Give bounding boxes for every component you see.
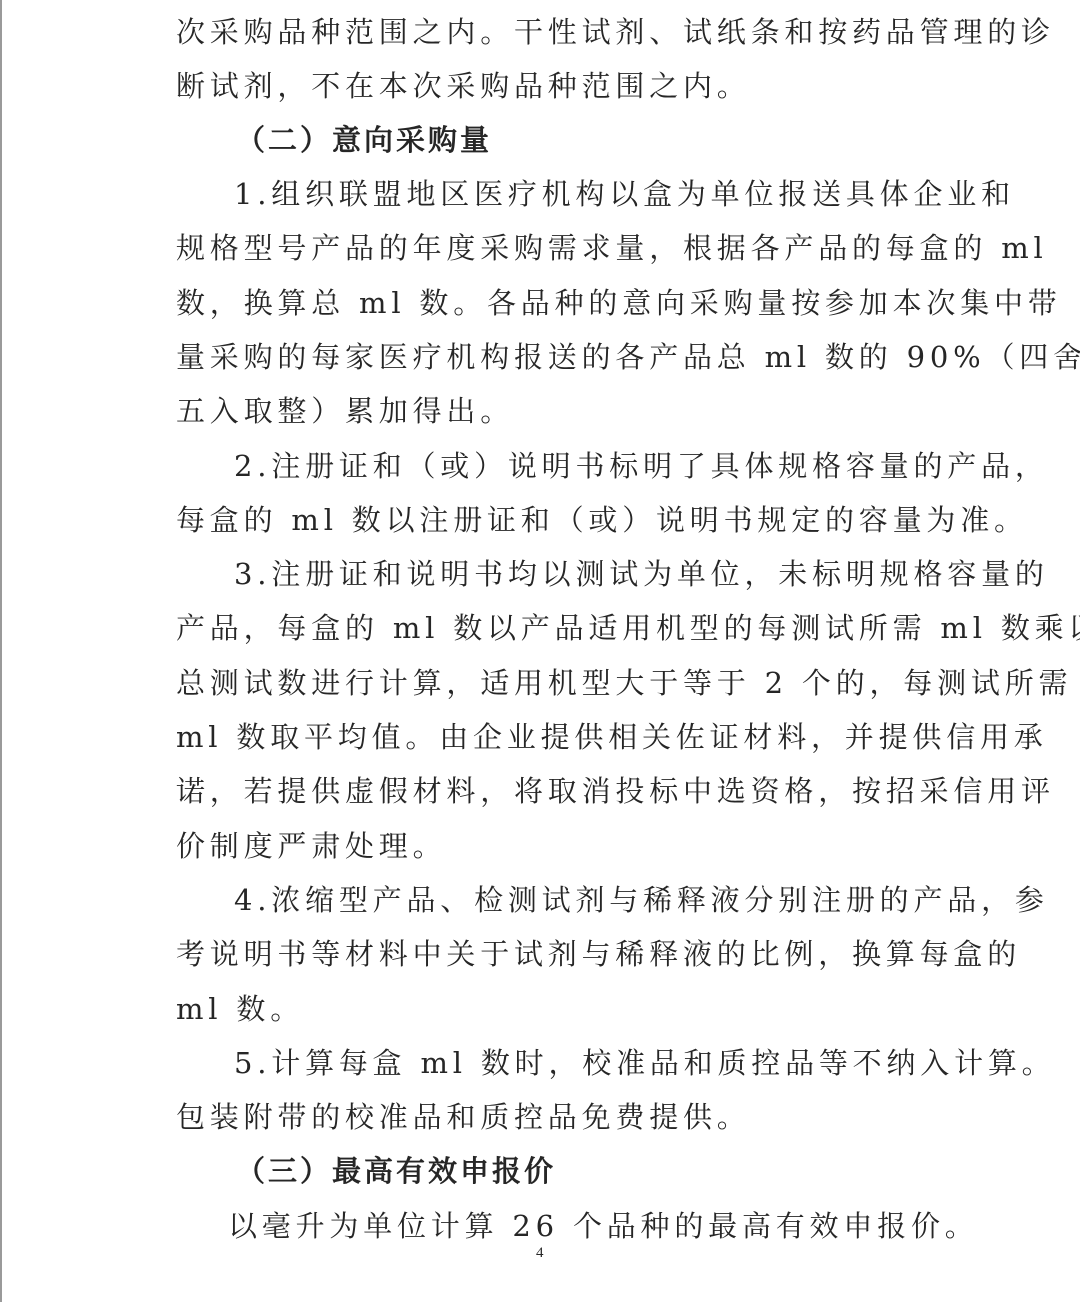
text-line: 1.组织联盟地区医疗机构以盒为单位报送具体企业和 [234, 174, 1015, 214]
text-line: 考说明书等材料中关于试剂与稀释液的比例，换算每盒的 [176, 934, 1021, 974]
text-line: ml 数。 [176, 989, 304, 1029]
text-line: 价制度严肃处理。 [176, 826, 446, 866]
text-line: 3.注册证和说明书均以测试为单位，未标明规格容量的 [234, 554, 1049, 594]
text-line: 5.计算每盒 ml 数时，校准品和质控品等不纳入计算。 [234, 1043, 1055, 1083]
text-line: 五入取整）累加得出。 [176, 391, 514, 431]
text-line: 产品，每盒的 ml 数以产品适用机型的每测试所需 ml 数乘以 [176, 608, 1080, 648]
text-line: 以毫升为单位计算 26 个品种的最高有效申报价。 [228, 1206, 979, 1246]
text-line: 诺，若提供虚假材料，将取消投标中选资格，按招采信用评 [176, 771, 1055, 811]
text-line: 断试剂，不在本次采购品种范围之内。 [176, 66, 751, 106]
text-line: ml 数取平均值。由企业提供相关佐证材料，并提供信用承 [176, 717, 1048, 757]
text-line: 规格型号产品的年度采购需求量，根据各产品的每盒的 ml [176, 228, 1048, 268]
text-line: 4.浓缩型产品、检测试剂与稀释液分别注册的产品，参 [234, 880, 1049, 920]
text-line: 数，换算总 ml 数。各品种的意向采购量按参加本次集中带 [176, 283, 1062, 323]
text-line: 2.注册证和（或）说明书标明了具体规格容量的产品， [234, 446, 1049, 486]
text-line: 每盒的 ml 数以注册证和（或）说明书规定的容量为准。 [176, 500, 1028, 540]
text-line: 包装附带的校准品和质控品免费提供。 [176, 1097, 751, 1137]
text-line: 总测试数进行计算，适用机型大于等于 2 个的，每测试所需 [176, 663, 1072, 703]
page-number: 4 [536, 1245, 544, 1262]
text-line: 量采购的每家医疗机构报送的各产品总 ml 数的 90%（四舍 [176, 337, 1080, 377]
text-line: 次采购品种范围之内。干性试剂、试纸条和按药品管理的诊 [176, 12, 1055, 52]
page-left-edge [0, 0, 2, 1302]
section-heading-max-price: （三）最高有效申报价 [236, 1151, 556, 1191]
section-heading-intended-volume: （二）意向采购量 [236, 120, 492, 160]
